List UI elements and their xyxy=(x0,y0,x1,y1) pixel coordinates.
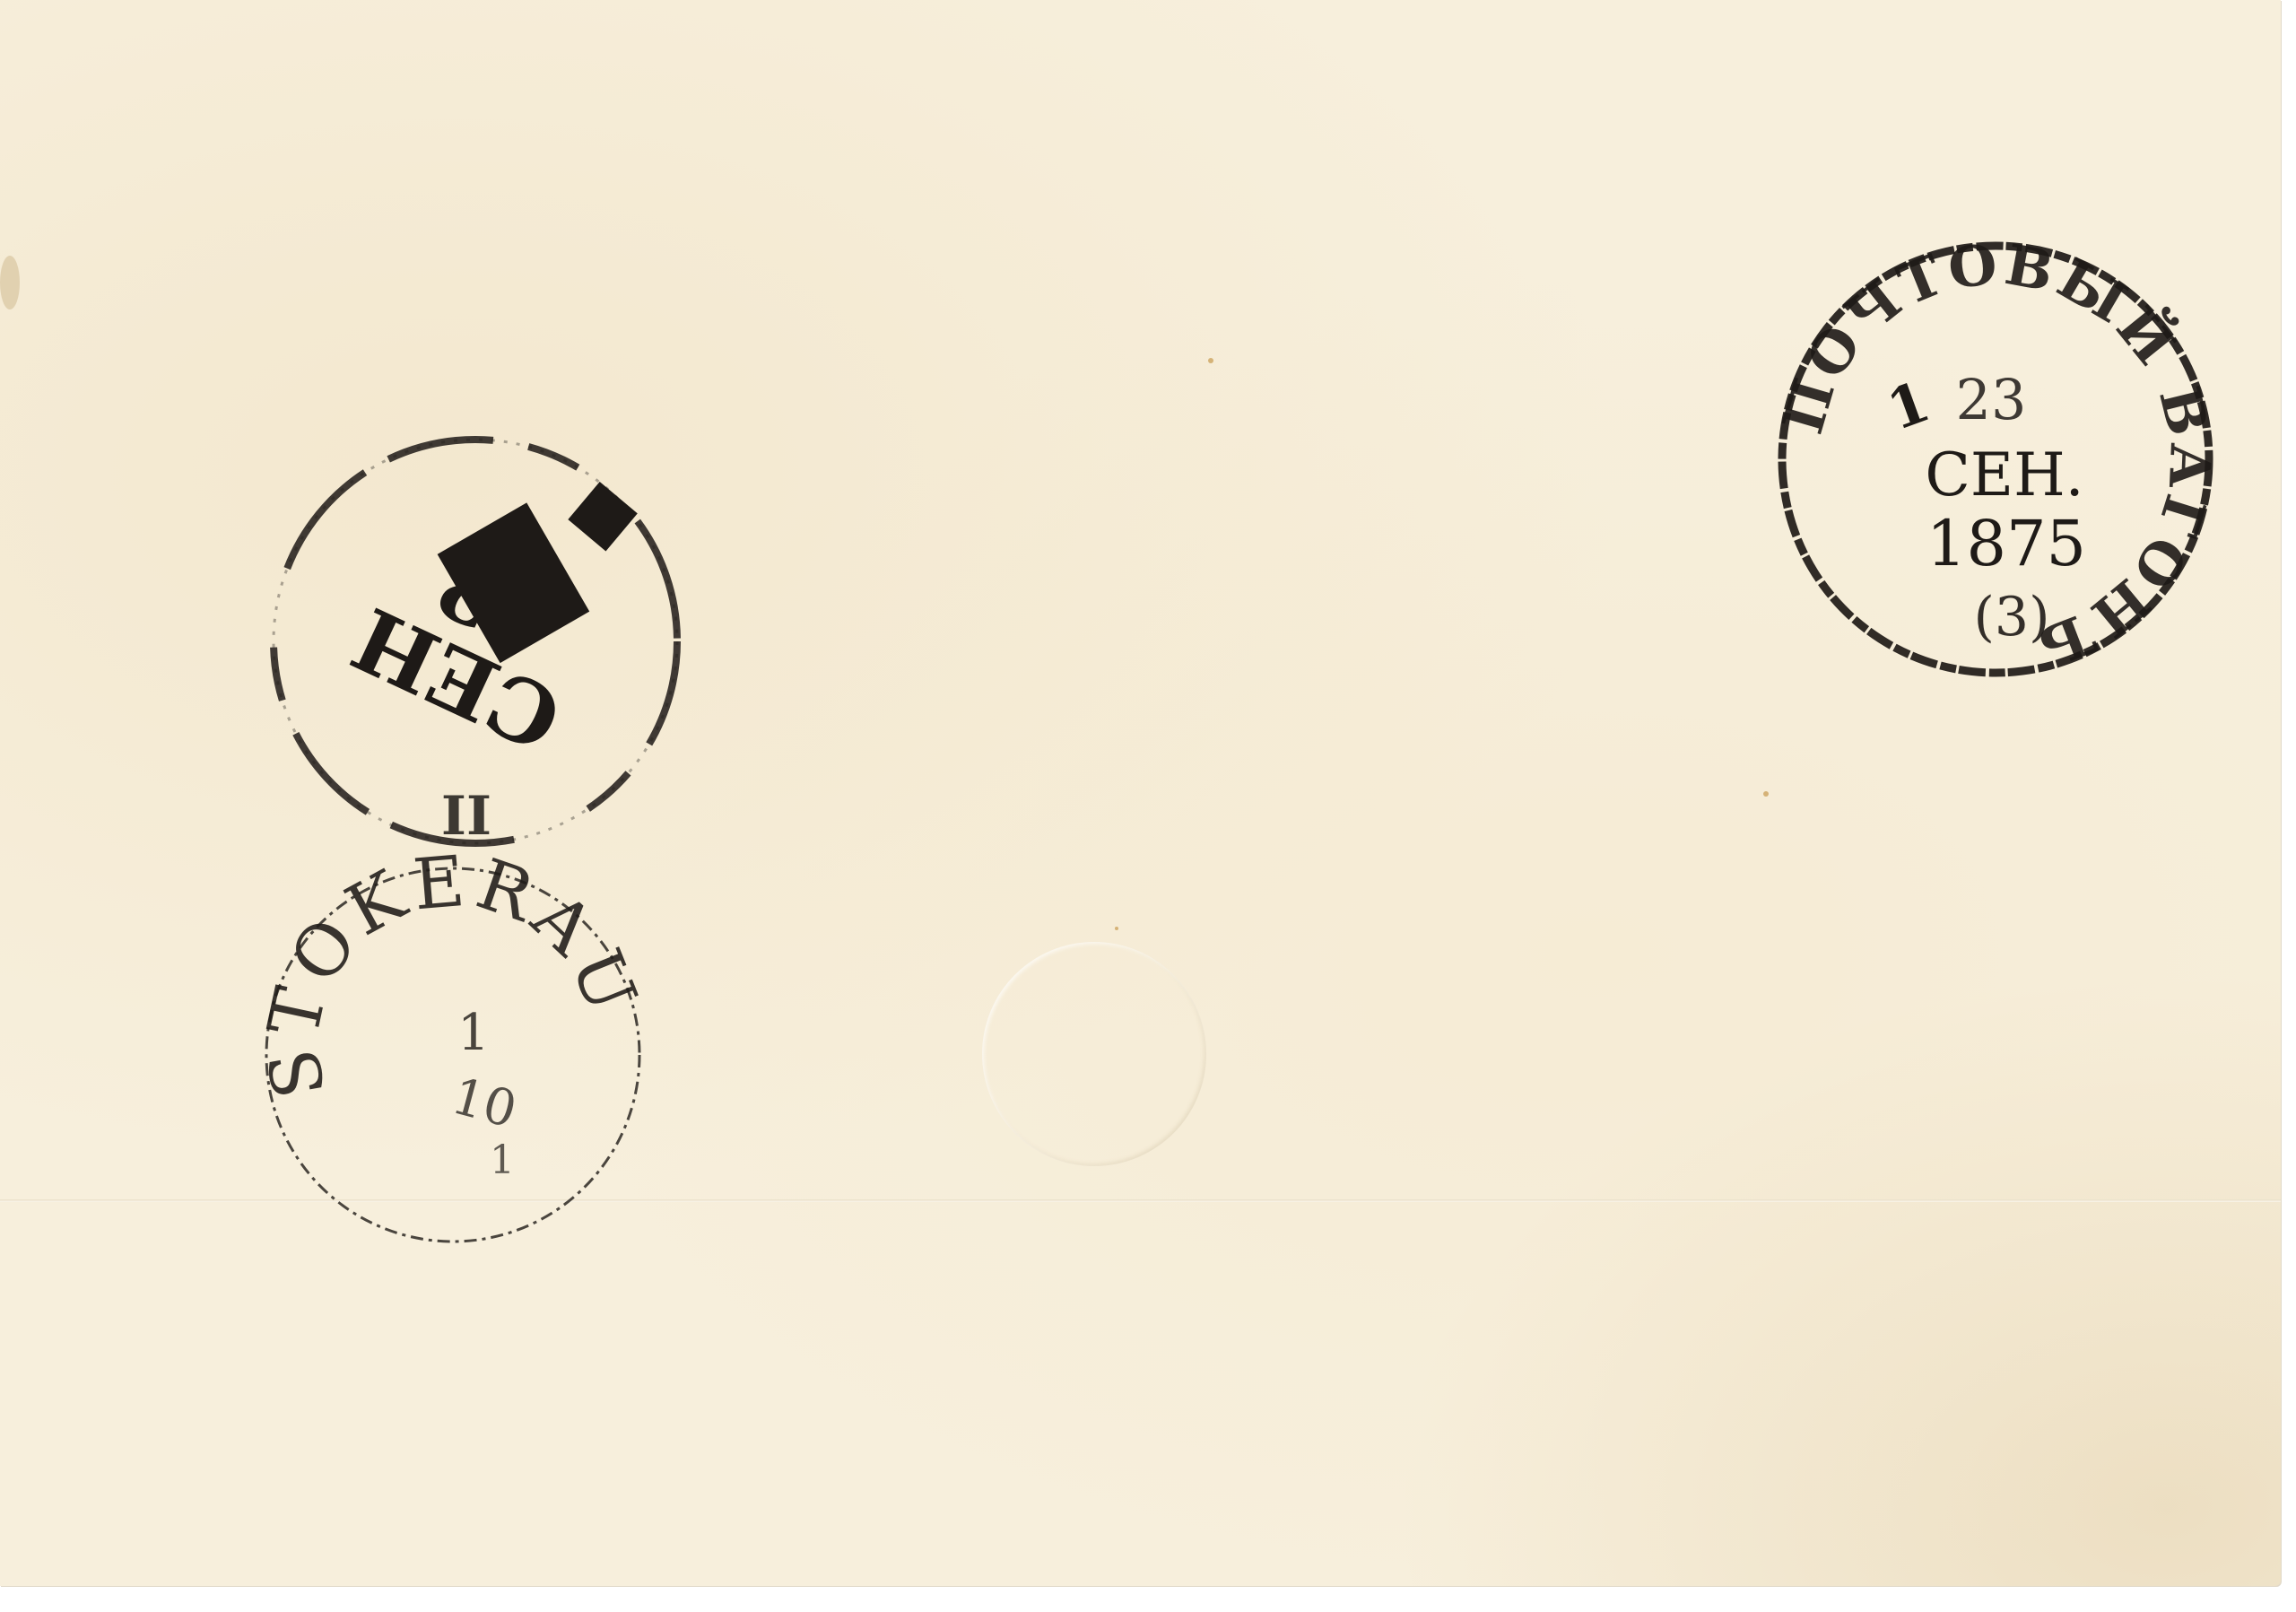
postmark-line1: 1 xyxy=(1879,369,1938,443)
postmark-day: 23 xyxy=(1956,367,2027,432)
postmark-month: СЕН. xyxy=(1925,440,2083,510)
postmark-month: 10 xyxy=(446,1067,523,1140)
postmark-bottom-mark: II xyxy=(441,785,491,848)
ink-blot xyxy=(568,482,637,551)
postmark-left-partial: СЕН 12 II xyxy=(260,422,691,852)
edge-stain xyxy=(0,256,20,309)
postmark-number: (3) xyxy=(1974,586,2050,649)
paper-speck xyxy=(1115,927,1118,930)
paper-speck xyxy=(1763,791,1769,797)
postmark-year: 1875 xyxy=(1926,507,2086,580)
postmark-day: 1 xyxy=(457,1004,490,1062)
postmark-bottom: 1 xyxy=(490,1137,515,1183)
embossed-seal xyxy=(982,942,1206,1166)
paper-speck xyxy=(1208,358,1213,363)
postmark-town: STOKERAU xyxy=(253,841,654,1104)
postmark-russian-railway: ПОЧТОВЫЙ ВАГОНЪ 1 23 СЕН. 1875 (3) xyxy=(1771,235,2220,684)
postmark-stokerau: STOKERAU 1 10 1 xyxy=(242,859,655,1254)
